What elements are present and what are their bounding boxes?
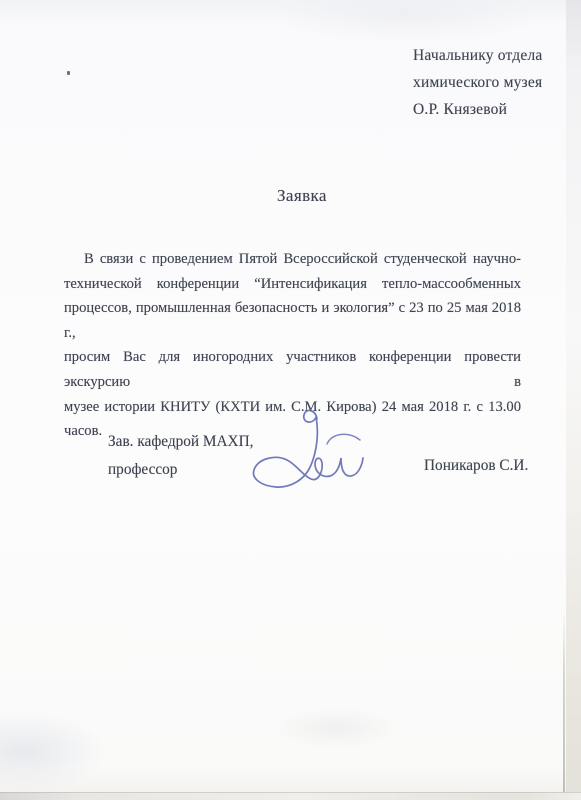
- handwritten-signature: [240, 398, 400, 508]
- body-line: просим Вас для иногородних участников ко…: [64, 345, 521, 394]
- scan-right-edge-shadow: [566, 0, 581, 800]
- scan-dust-speck: [67, 71, 70, 75]
- recipient-line: Начальнику отдела: [413, 42, 543, 69]
- signature-flourish-stroke: [327, 434, 360, 444]
- recipient-line: химического музея: [413, 69, 543, 96]
- document-title: Заявка: [277, 186, 327, 206]
- scan-bottom-edge-shadow: [0, 792, 581, 800]
- signer-name: Поникаров С.И.: [424, 457, 528, 475]
- signer-role-line: Зав. кафедрой МАХП,: [108, 428, 253, 456]
- recipient-block: Начальнику отдела химического музея О.Р.…: [413, 42, 543, 123]
- signer-role-block: Зав. кафедрой МАХП, профессор: [108, 428, 253, 483]
- signer-role-line: профессор: [108, 456, 253, 484]
- body-line: В связи с проведением Пятой Всероссийско…: [64, 247, 521, 272]
- scanned-letter-page: Начальнику отдела химического музея О.Р.…: [0, 0, 581, 800]
- body-line: процессов, промышленная безопасность и э…: [64, 296, 521, 345]
- signature-main-stroke: [254, 410, 363, 487]
- body-line: технической конференции “Интенсификация …: [64, 272, 521, 297]
- paper-edge-line: [563, 610, 565, 792]
- recipient-line: О.Р. Князевой: [413, 96, 543, 123]
